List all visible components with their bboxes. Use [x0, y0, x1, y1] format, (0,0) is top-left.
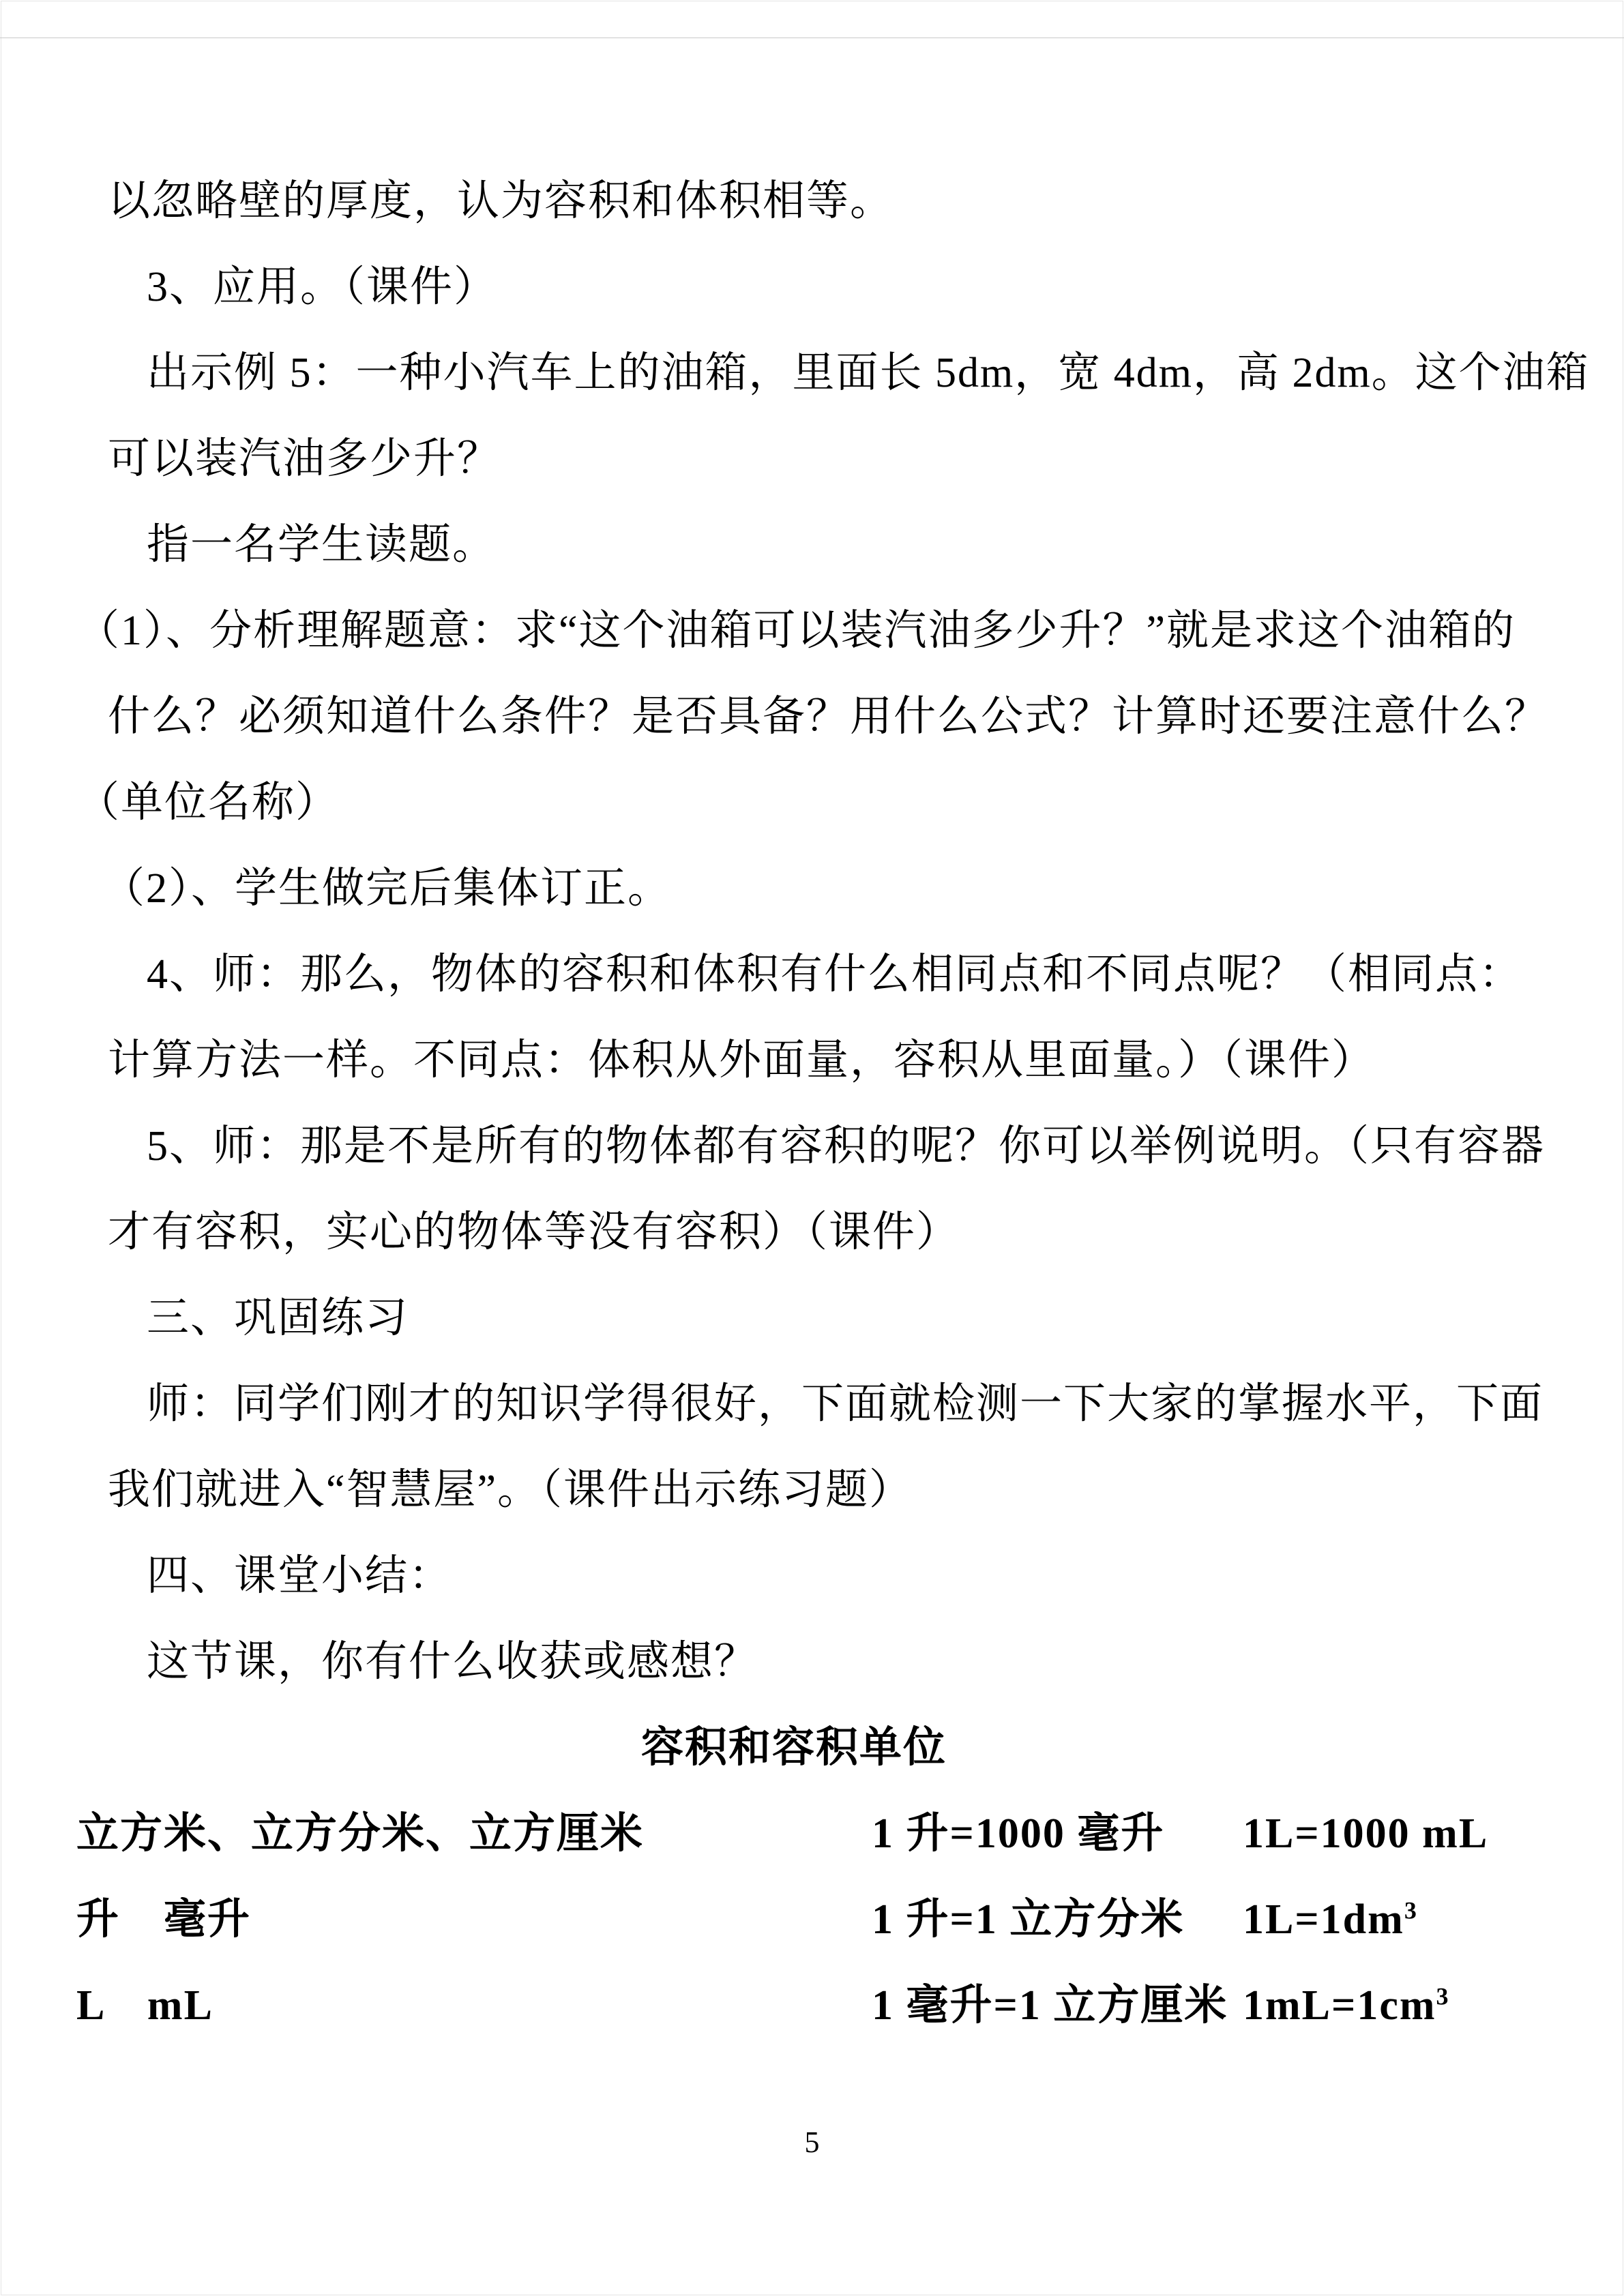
- superscript: 3: [1404, 1896, 1417, 1924]
- summary-units-cn: L mL: [76, 1963, 213, 2048]
- paragraph-line: 以忽略壁的厚度，认为容积和体积相等。: [108, 158, 1555, 244]
- document-page: 以忽略壁的厚度，认为容积和体积相等。 3、应用。（课件） 出示例 5：一种小汽车…: [0, 0, 1624, 2296]
- paragraph-line: 3、应用。（课件）: [147, 244, 1555, 330]
- paragraph-line: 指一名学生读题。: [147, 502, 1555, 588]
- paragraph-line: （单位名称）: [77, 760, 1555, 846]
- document-body: 以忽略壁的厚度，认为容积和体积相等。 3、应用。（课件） 出示例 5：一种小汽车…: [108, 158, 1555, 2048]
- relation-base: 1L=1dm: [1243, 1896, 1404, 1943]
- summary-row: L mL 1 毫升=1 立方厘米 1mL=1cm3: [108, 1963, 1555, 2048]
- paragraph-line: 可以装汽油多少升？: [108, 416, 1555, 502]
- summary-heading: 容积和容积单位: [70, 1705, 1518, 1791]
- paragraph-line: 这节课，你有什么收获或感想？: [147, 1619, 1555, 1705]
- paragraph-line: 4、师：那么，物体的容积和体积有什么相同点和不同点呢？（相同点：: [147, 931, 1555, 1017]
- paragraph-line: （2）、学生做完后集体订正。: [102, 846, 1555, 931]
- relation-base: 1L=1000 mL: [1243, 1810, 1488, 1857]
- page-number: 5: [0, 2122, 1624, 2163]
- summary-row: 升 毫升 1 升=1 立方分米 1L=1dm3: [108, 1877, 1555, 1963]
- relation-base: 1mL=1cm: [1243, 1982, 1436, 2029]
- page-top-rule: [0, 38, 1624, 38]
- paragraph-line: 5、师：那是不是所有的物体都有容积的呢？你可以举例说明。（只有容器: [147, 1103, 1555, 1189]
- paragraph-line: 四、课堂小结：: [147, 1533, 1555, 1619]
- paragraph-line: 才有容积，实心的物体等没有容积）（课件）: [108, 1189, 1555, 1275]
- paragraph-line: 三、巩固练习: [147, 1275, 1555, 1361]
- summary-relation-symbol: 1L=1000 mL: [1243, 1791, 1488, 1877]
- paragraph-line: 师：同学们刚才的知识学得很好，下面就检测一下大家的掌握水平，下面: [147, 1361, 1555, 1447]
- summary-units-cn: 升 毫升: [76, 1877, 251, 1963]
- summary-relation-cn: 1 升=1000 毫升: [872, 1791, 1164, 1877]
- summary-relation-symbol: 1L=1dm3: [1243, 1877, 1417, 1963]
- summary-units-cn: 立方米、立方分米、立方厘米: [76, 1791, 644, 1877]
- summary-relation-symbol: 1mL=1cm3: [1243, 1963, 1448, 2048]
- paragraph-line: 计算方法一样。不同点：体积从外面量，容积从里面量。）（课件）: [108, 1017, 1555, 1103]
- paragraph-line: 我们就进入“智慧屋”。（课件出示练习题）: [108, 1447, 1555, 1533]
- summary-relation-cn: 1 毫升=1 立方厘米: [872, 1963, 1228, 2048]
- paragraph-line: （1）、分析理解题意：求“这个油箱可以装汽油多少升？”就是求这个油箱的: [77, 588, 1555, 674]
- superscript: 3: [1436, 1982, 1449, 2010]
- summary-relation-cn: 1 升=1 立方分米: [872, 1877, 1184, 1963]
- paragraph-line: 什么？必须知道什么条件？是否具备？用什么公式？计算时还要注意什么？: [108, 674, 1555, 760]
- paragraph-line: 出示例 5：一种小汽车上的油箱，里面长 5dm，宽 4dm，高 2dm。这个油箱: [147, 330, 1555, 416]
- summary-row: 立方米、立方分米、立方厘米 1 升=1000 毫升 1L=1000 mL: [108, 1791, 1555, 1877]
